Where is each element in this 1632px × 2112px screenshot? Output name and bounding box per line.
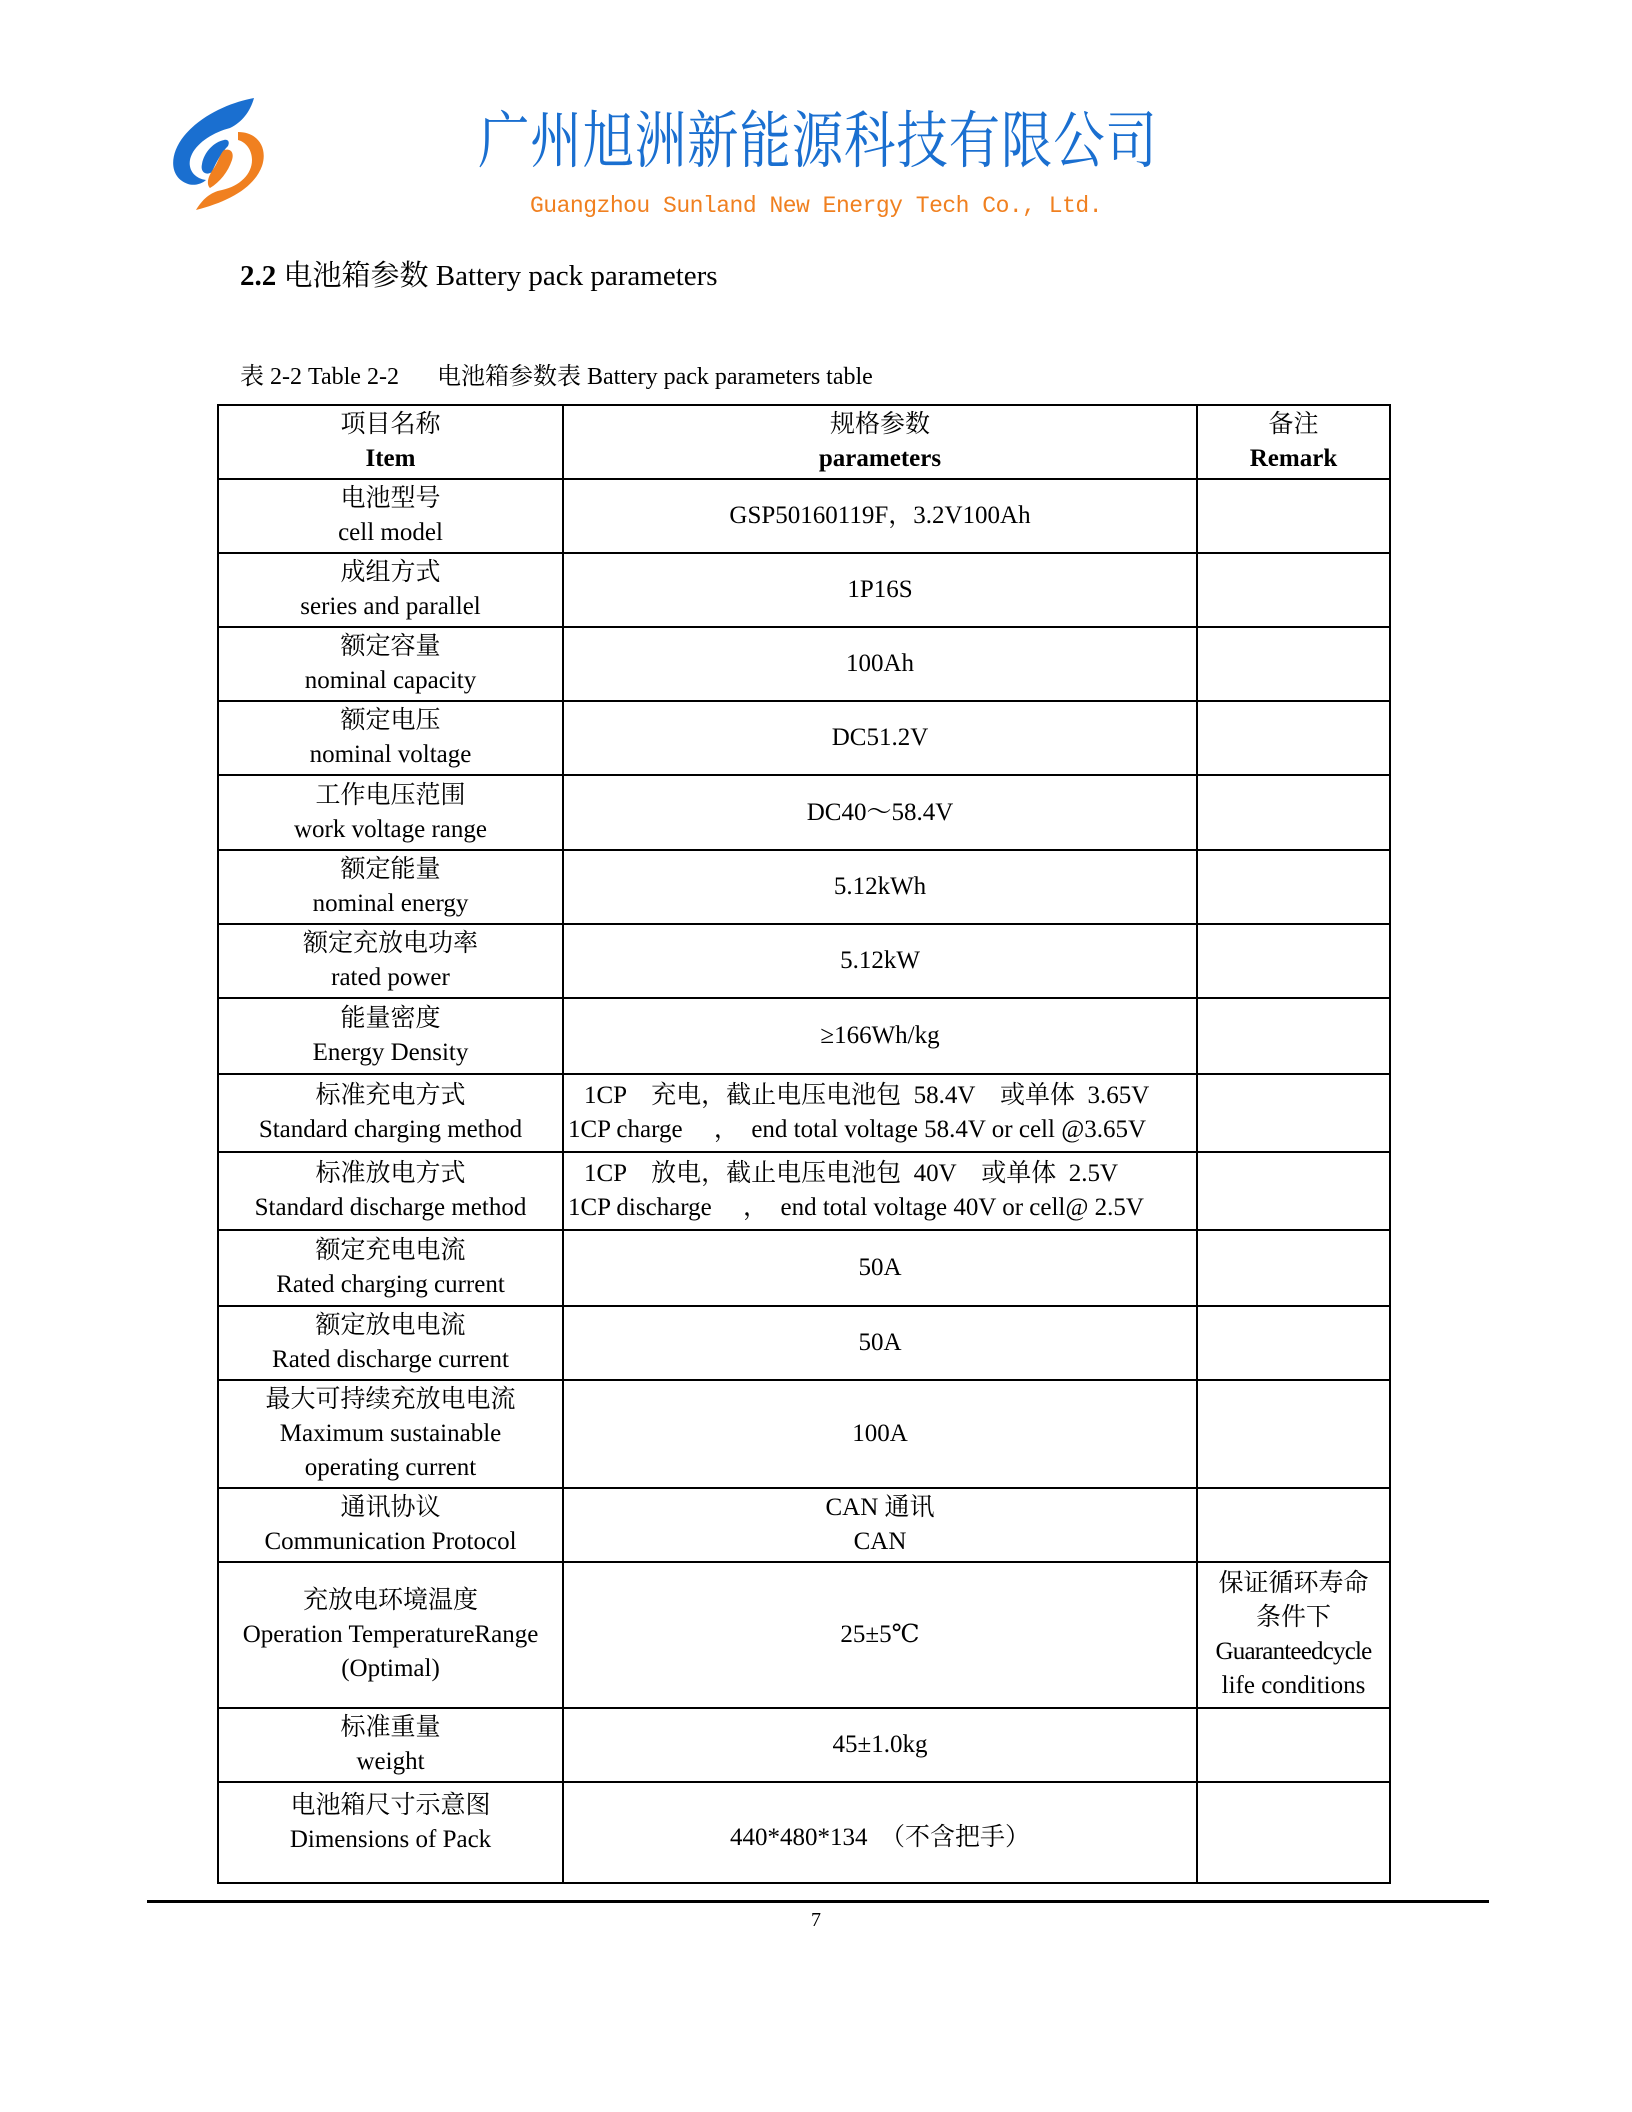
value-cell: 1CP 放电，截止电压电池包 40V 或单体 2.5V1CP discharge… bbox=[563, 1152, 1197, 1230]
header-item-en: Item bbox=[221, 442, 560, 476]
value-cell: DC51.2V bbox=[563, 701, 1197, 775]
remark-cell bbox=[1197, 850, 1390, 924]
table-row: 额定电压nominal voltage DC51.2V bbox=[218, 701, 1390, 775]
header-item: 项目名称Item bbox=[218, 405, 563, 479]
remark-cell bbox=[1197, 701, 1390, 775]
remark-cell bbox=[1197, 1782, 1390, 1883]
item-cn: 额定能量 bbox=[221, 853, 560, 887]
table-row: 通讯协议Communication Protocol CAN 通讯CAN bbox=[218, 1488, 1390, 1562]
remark-cell bbox=[1197, 1152, 1390, 1230]
table-caption-label: 表 2-2 Table 2-2 bbox=[240, 364, 399, 390]
table-row: 最大可持续充放电电流Maximum sustainableoperating c… bbox=[218, 1380, 1390, 1488]
table-row: 标准重量weight 45±1.0kg bbox=[218, 1708, 1390, 1782]
item-en-line2: (Optimal) bbox=[221, 1652, 560, 1686]
item-cn: 额定充放电功率 bbox=[221, 927, 560, 961]
table-caption-title: 电池箱参数表 Battery pack parameters table bbox=[437, 364, 873, 390]
header-remark-en: Remark bbox=[1200, 442, 1387, 476]
value-cell: 45±1.0kg bbox=[563, 1708, 1197, 1782]
header-remark: 备注Remark bbox=[1197, 405, 1390, 479]
item-en: Communication Protocol bbox=[221, 1525, 560, 1559]
header-parameters: 规格参数parameters bbox=[563, 405, 1197, 479]
item-en: Operation TemperatureRange bbox=[221, 1618, 560, 1652]
item-cell: 电池箱尺寸示意图Dimensions of Pack bbox=[218, 1782, 563, 1883]
remark-line1: 保证循环寿命 bbox=[1200, 1567, 1387, 1601]
item-cn: 通讯协议 bbox=[221, 1491, 560, 1525]
item-en: Standard charging method bbox=[221, 1113, 560, 1147]
header-parameters-cn: 规格参数 bbox=[566, 408, 1194, 442]
remark-cell bbox=[1197, 627, 1390, 701]
section-number: 2.2 bbox=[240, 260, 276, 292]
value-line2: CAN bbox=[566, 1525, 1194, 1559]
value-cell: 5.12kW bbox=[563, 924, 1197, 998]
item-cell: 额定充放电功率rated power bbox=[218, 924, 563, 998]
item-cell: 额定充电电流Rated charging current bbox=[218, 1230, 563, 1306]
value-cell: 50A bbox=[563, 1306, 1197, 1380]
value-line1: CAN 通讯 bbox=[566, 1491, 1194, 1525]
item-cn: 电池型号 bbox=[221, 482, 560, 516]
remark-cell bbox=[1197, 1488, 1390, 1562]
table-row: 成组方式series and parallel 1P16S bbox=[218, 553, 1390, 627]
table-row: 能量密度Energy Density ≥166Wh/kg bbox=[218, 998, 1390, 1074]
table-row: 工作电压范围work voltage range DC40～58.4V bbox=[218, 775, 1390, 850]
value-cell: 50A bbox=[563, 1230, 1197, 1306]
item-en: nominal capacity bbox=[221, 664, 560, 698]
item-en: rated power bbox=[221, 961, 560, 995]
item-en-line2: operating current bbox=[221, 1451, 560, 1485]
item-cell: 额定放电电流Rated discharge current bbox=[218, 1306, 563, 1380]
item-cn: 额定电压 bbox=[221, 704, 560, 738]
item-en: Maximum sustainable bbox=[221, 1417, 560, 1451]
item-en: series and parallel bbox=[221, 590, 560, 624]
item-en: nominal energy bbox=[221, 887, 560, 921]
remark-cell bbox=[1197, 1380, 1390, 1488]
value-line-en: 1CP discharge ， end total voltage 40V or… bbox=[566, 1191, 1194, 1225]
table-row: 额定容量nominal capacity 100Ah bbox=[218, 627, 1390, 701]
section-heading: 2.2 电池箱参数 Battery pack parameters bbox=[240, 258, 718, 294]
value-line-cn: 1CP 放电，截止电压电池包 40V 或单体 2.5V bbox=[566, 1157, 1194, 1191]
remark-cell bbox=[1197, 553, 1390, 627]
item-en: weight bbox=[221, 1745, 560, 1779]
sunland-logo-icon bbox=[162, 92, 286, 216]
item-en: cell model bbox=[221, 516, 560, 550]
remark-cell bbox=[1197, 775, 1390, 850]
item-en: nominal voltage bbox=[221, 738, 560, 772]
item-cn: 额定容量 bbox=[221, 630, 560, 664]
remark-cell bbox=[1197, 479, 1390, 553]
remark-cell bbox=[1197, 924, 1390, 998]
remark-line3: Guaranteedcycle bbox=[1200, 1635, 1387, 1669]
remark-cell bbox=[1197, 1074, 1390, 1152]
remark-cell bbox=[1197, 1230, 1390, 1306]
item-en: Standard discharge method bbox=[221, 1191, 560, 1225]
item-cn: 标准放电方式 bbox=[221, 1157, 560, 1191]
item-cell: 电池型号cell model bbox=[218, 479, 563, 553]
value-cell: 1CP 充电，截止电压电池包 58.4V 或单体 3.65V1CP charge… bbox=[563, 1074, 1197, 1152]
table-row: 充放电环境温度Operation TemperatureRange(Optima… bbox=[218, 1562, 1390, 1708]
item-cn: 能量密度 bbox=[221, 1002, 560, 1036]
table-row: 额定充电电流Rated charging current 50A bbox=[218, 1230, 1390, 1306]
item-cell: 额定电压nominal voltage bbox=[218, 701, 563, 775]
item-cell: 标准放电方式Standard discharge method bbox=[218, 1152, 563, 1230]
value-cell: 100Ah bbox=[563, 627, 1197, 701]
header-item-cn: 项目名称 bbox=[221, 408, 560, 442]
value-cell: 25±5℃ bbox=[563, 1562, 1197, 1708]
table-row: 电池型号cell model GSP50160119F，3.2V100Ah bbox=[218, 479, 1390, 553]
value-cell: 100A bbox=[563, 1380, 1197, 1488]
item-cn: 成组方式 bbox=[221, 556, 560, 590]
item-cn: 标准重量 bbox=[221, 1711, 560, 1745]
item-cell: 额定能量nominal energy bbox=[218, 850, 563, 924]
item-cell: 工作电压范围work voltage range bbox=[218, 775, 563, 850]
table-row: 电池箱尺寸示意图Dimensions of Pack 440*480*134 （… bbox=[218, 1782, 1390, 1883]
value-line-cn: 1CP 充电，截止电压电池包 58.4V 或单体 3.65V bbox=[566, 1079, 1194, 1113]
table-row: 额定能量nominal energy 5.12kWh bbox=[218, 850, 1390, 924]
value-line-en: 1CP charge ， end total voltage 58.4V or … bbox=[566, 1113, 1194, 1147]
item-cell: 额定容量nominal capacity bbox=[218, 627, 563, 701]
remark-cell bbox=[1197, 1306, 1390, 1380]
remark-line4: life conditions bbox=[1200, 1669, 1387, 1703]
item-cn: 最大可持续充放电电流 bbox=[221, 1383, 560, 1417]
item-cn: 额定充电电流 bbox=[221, 1234, 560, 1268]
header-remark-cn: 备注 bbox=[1200, 408, 1387, 442]
item-cell: 标准重量weight bbox=[218, 1708, 563, 1782]
item-cn: 标准充电方式 bbox=[221, 1079, 560, 1113]
value-cell: ≥166Wh/kg bbox=[563, 998, 1197, 1074]
header-parameters-en: parameters bbox=[566, 442, 1194, 476]
remark-cell bbox=[1197, 1708, 1390, 1782]
section-title-cn: 电池箱参数 bbox=[284, 260, 429, 292]
remark-line2: 条件下 bbox=[1200, 1601, 1387, 1635]
item-cell: 最大可持续充放电电流Maximum sustainableoperating c… bbox=[218, 1380, 563, 1488]
value-cell: 5.12kWh bbox=[563, 850, 1197, 924]
item-en: work voltage range bbox=[221, 813, 560, 847]
item-cn: 充放电环境温度 bbox=[221, 1584, 560, 1618]
table-header-row: 项目名称Item 规格参数parameters 备注Remark bbox=[218, 405, 1390, 479]
value-cell: 1P16S bbox=[563, 553, 1197, 627]
table-row: 标准放电方式Standard discharge method 1CP 放电，截… bbox=[218, 1152, 1390, 1230]
footer-divider bbox=[147, 1900, 1489, 1903]
item-cell: 充放电环境温度Operation TemperatureRange(Optima… bbox=[218, 1562, 563, 1708]
table-row: 额定充放电功率rated power 5.12kW bbox=[218, 924, 1390, 998]
value-cell: 440*480*134 （不含把手） bbox=[563, 1782, 1197, 1883]
item-cell: 标准充电方式Standard charging method bbox=[218, 1074, 563, 1152]
company-logo-icon bbox=[162, 92, 286, 216]
item-cell: 成组方式series and parallel bbox=[218, 553, 563, 627]
table-caption: 表 2-2 Table 2-2电池箱参数表 Battery pack param… bbox=[240, 362, 873, 392]
table-row: 标准充电方式Standard charging method 1CP 充电，截止… bbox=[218, 1074, 1390, 1152]
item-cn: 额定放电电流 bbox=[221, 1309, 560, 1343]
item-cn: 电池箱尺寸示意图 bbox=[221, 1789, 560, 1823]
item-cell: 能量密度Energy Density bbox=[218, 998, 563, 1074]
value-cell: CAN 通讯CAN bbox=[563, 1488, 1197, 1562]
section-title-en: Battery pack parameters bbox=[436, 260, 718, 292]
item-en: Energy Density bbox=[221, 1036, 560, 1070]
page-number: 7 bbox=[0, 1908, 1632, 1932]
item-cn: 工作电压范围 bbox=[221, 779, 560, 813]
battery-pack-parameters-table: 项目名称Item 规格参数parameters 备注Remark 电池型号cel… bbox=[217, 404, 1391, 1884]
item-cell: 通讯协议Communication Protocol bbox=[218, 1488, 563, 1562]
company-name-cn: 广州旭洲新能源科技有限公司 bbox=[478, 104, 1158, 178]
value-cell: GSP50160119F，3.2V100Ah bbox=[563, 479, 1197, 553]
item-en: Rated charging current bbox=[221, 1268, 560, 1302]
value-cell: DC40～58.4V bbox=[563, 775, 1197, 850]
remark-cell: 保证循环寿命 条件下 Guaranteedcycle life conditio… bbox=[1197, 1562, 1390, 1708]
company-name-en: Guangzhou Sunland New Energy Tech Co., L… bbox=[530, 192, 1102, 220]
remark-cell bbox=[1197, 998, 1390, 1074]
table-row: 额定放电电流Rated discharge current 50A bbox=[218, 1306, 1390, 1380]
item-en: Dimensions of Pack bbox=[221, 1823, 560, 1857]
item-en: Rated discharge current bbox=[221, 1343, 560, 1377]
